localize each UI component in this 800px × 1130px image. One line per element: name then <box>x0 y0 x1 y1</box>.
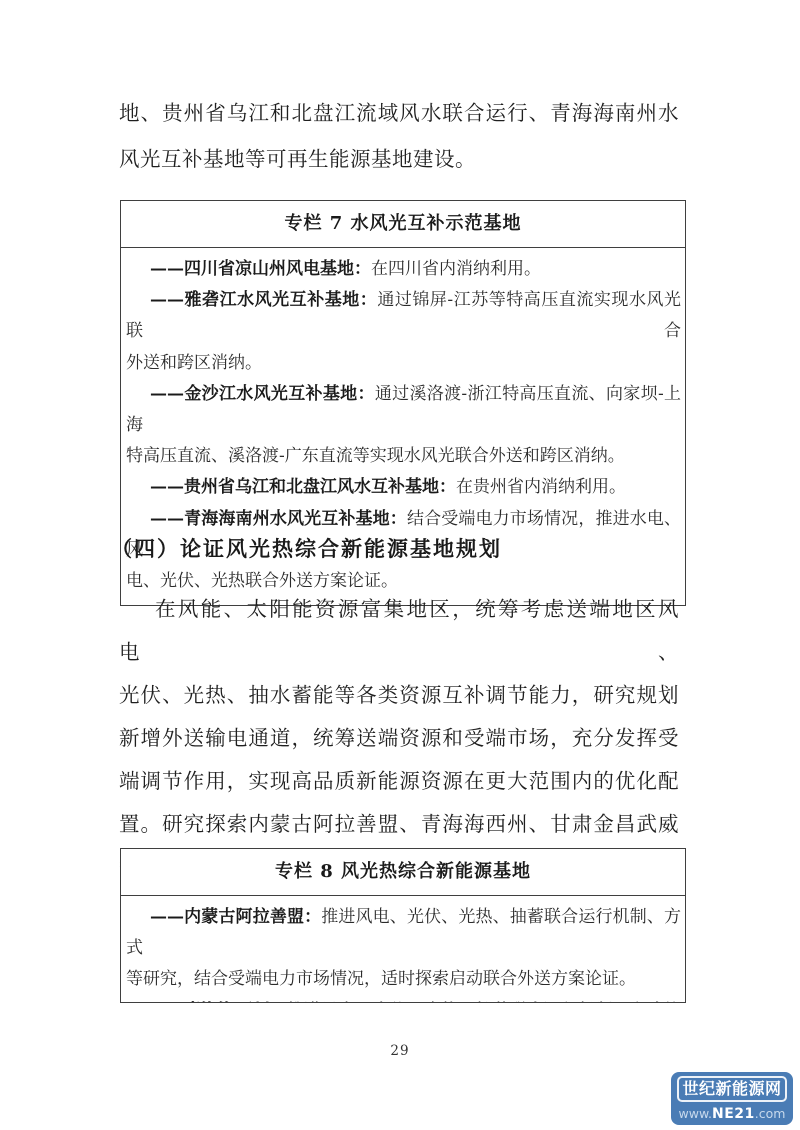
box8-item-alashan-cont: 等研究，结合受端电力市场情况，适时探索启动联合外送方案论证。 <box>126 964 681 995</box>
box8-item-haixi: ——青海海西州：推进风电、光伏、光热、抽蓄联合运行机制、方式等研 <box>126 996 681 1003</box>
page-number: 29 <box>0 1043 800 1059</box>
box7-item-jinshajiang: ——金沙江水风光互补基地：通过溪洛渡-浙江特高压直流、向家坝-上海 <box>126 379 681 441</box>
callout-box-8-title: 专栏 8 风光热综合新能源基地 <box>121 849 685 896</box>
logo-title-text: 世纪新能源网 <box>682 1079 781 1098</box>
box8-item-alashan: ——内蒙古阿拉善盟：推进风电、光伏、光热、抽蓄联合运行机制、方式 <box>126 902 681 964</box>
box7-item-guizhou: ——贵州省乌江和北盘江风水互补基地：在贵州省内消纳利用。 <box>126 472 681 503</box>
intro-line: 风光互补基地等可再生能源基地建设。 <box>119 136 679 182</box>
section-line: 置。研究探索内蒙古阿拉善盟、青海海西州、甘肃金昌武威 <box>119 803 679 846</box>
box7-item-yalongjiang: ——雅砻江水风光互补基地：通过锦屏-江苏等特高压直流实现水风光联合 <box>126 285 681 347</box>
intro-line: 地、贵州省乌江和北盘江流域风水联合运行、青海海南州水 <box>119 90 679 136</box>
section-heading: （四）论证风光热综合新能源基地规划 <box>111 533 691 563</box>
section-line: 端调节作用，实现高品质新能源资源在更大范围内的优化配 <box>119 760 679 803</box>
logo-url-text: www.NE21.com <box>671 1102 793 1125</box>
section-paragraph: 在风能、太阳能资源富集地区，统筹考虑送端地区风电、 光伏、光热、抽水蓄能等各类资… <box>119 588 679 889</box>
document-page: 地、贵州省乌江和北盘江流域风水联合运行、青海海南州水 风光互补基地等可再生能源基… <box>0 0 800 1130</box>
box7-item-yalongjiang-cont: 外送和跨区消纳。 <box>126 348 681 379</box>
ne21-watermark-logo: 世纪新能源网 www.NE21.com <box>671 1072 793 1125</box>
logo-title-frame: 世纪新能源网 <box>677 1076 787 1102</box>
callout-box-8-body: ——内蒙古阿拉善盟：推进风电、光伏、光热、抽蓄联合运行机制、方式 等研究，结合受… <box>121 896 685 1003</box>
callout-box-8: 专栏 8 风光热综合新能源基地 ——内蒙古阿拉善盟：推进风电、光伏、光热、抽蓄联… <box>120 848 686 1003</box>
section-line: 在风能、太阳能资源富集地区，统筹考虑送端地区风电、 <box>119 588 679 674</box>
callout-box-7-title: 专栏 7 水风光互补示范基地 <box>121 201 685 248</box>
box7-item-sichuan: ——四川省凉山州风电基地：在四川省内消纳利用。 <box>126 254 681 285</box>
section-line: 新增外送输电通道，统筹送端资源和受端市场，充分发挥受 <box>119 717 679 760</box>
intro-paragraph: 地、贵州省乌江和北盘江流域风水联合运行、青海海南州水 风光互补基地等可再生能源基… <box>119 90 679 182</box>
section-line: 光伏、光热、抽水蓄能等各类资源互补调节能力，研究规划 <box>119 674 679 717</box>
box7-item-jinshajiang-cont: 特高压直流、溪洛渡-广东直流等实现水风光联合外送和跨区消纳。 <box>126 441 681 472</box>
